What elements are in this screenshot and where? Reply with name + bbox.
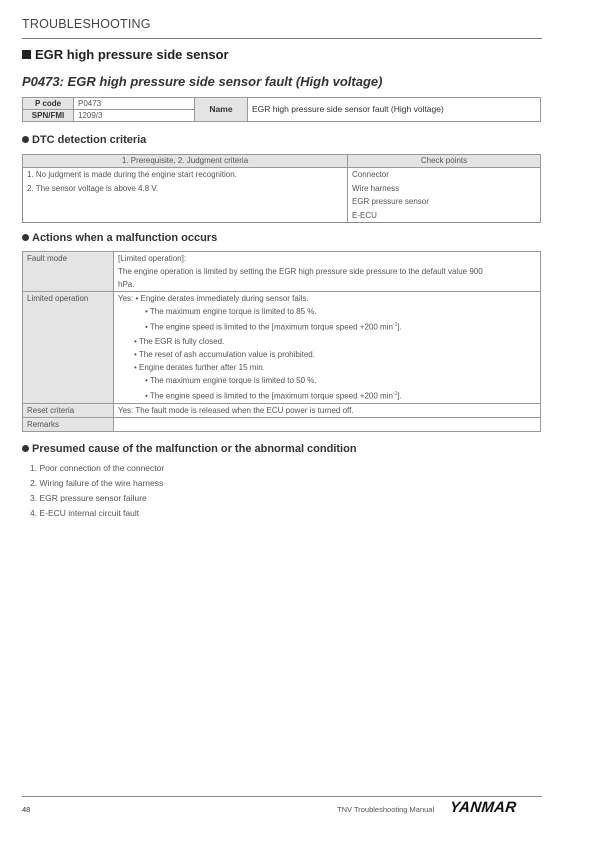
spn-fmi-label: SPN/FMI: [23, 110, 74, 122]
remarks-label: Remarks: [23, 418, 114, 432]
causes-list: 1. Poor connection of the connector 2. W…: [30, 461, 164, 521]
reset-criteria-label: Reset criteria: [23, 404, 114, 418]
actions-heading-text: Actions when a malfunction occurs: [32, 232, 217, 244]
table-row: Remarks: [23, 418, 541, 432]
actions-heading: Actions when a malfunction occurs: [22, 232, 217, 244]
dtc-title: P0473: EGR high pressure side sensor fau…: [22, 74, 382, 89]
spn-fmi-value: 1209/3: [74, 110, 195, 122]
limited-operation-value: Yes: • Engine derates immediately during…: [114, 292, 541, 404]
causes-heading-text: Presumed cause of the malfunction or the…: [32, 443, 357, 455]
name-value: EGR high pressure side sensor fault (Hig…: [248, 98, 541, 122]
table-row: Fault mode [Limited operation]: The engi…: [23, 252, 541, 292]
limited-op-text: • The engine speed is limited to the [ma…: [145, 391, 393, 400]
manual-title: TNV Troubleshooting Manual: [337, 805, 434, 814]
brand-logo: YANMAR: [449, 799, 517, 816]
limited-op-line: • Engine derates further after 15 min.: [118, 361, 536, 374]
check-points-cell: Connector Wire harness EGR pressure sens…: [348, 168, 541, 223]
bullet-icon: [22, 136, 29, 143]
limited-op-line: • The engine speed is limited to the [ma…: [118, 387, 536, 404]
check-point-item: Wire harness: [352, 182, 536, 196]
fault-mode-value: [Limited operation]: The engine operatio…: [114, 252, 541, 292]
square-bullet-icon: [22, 50, 31, 59]
running-header: TROUBLESHOOTING: [22, 17, 151, 31]
check-points-header: Check points: [348, 155, 541, 168]
bullet-icon: [22, 234, 29, 241]
criteria-cell: 1. No judgment is made during the engine…: [23, 168, 348, 223]
fault-mode-label: Fault mode: [23, 252, 114, 292]
p-code-value: P0473: [74, 98, 195, 110]
limited-op-line: • The maximum engine torque is limited t…: [118, 305, 536, 318]
causes-heading: Presumed cause of the malfunction or the…: [22, 443, 357, 455]
list-item: 2. Wiring failure of the wire harness: [30, 476, 164, 491]
limited-op-text: ].: [397, 323, 401, 332]
check-point-item: E-ECU: [352, 209, 536, 223]
detection-heading-text: DTC detection criteria: [32, 134, 146, 146]
name-label: Name: [195, 98, 248, 122]
criteria-item: 1. No judgment is made during the engine…: [27, 168, 343, 182]
code-table: P code P0473 Name EGR high pressure side…: [22, 97, 541, 122]
limited-operation-label: Limited operation: [23, 292, 114, 404]
list-item: 3. EGR pressure sensor failure: [30, 491, 164, 506]
detection-table: 1. Prerequisite, 2. Judgment criteria Ch…: [22, 154, 541, 223]
check-point-item: Connector: [352, 168, 536, 182]
fault-mode-line: [Limited operation]:: [118, 252, 536, 265]
limited-op-text: ].: [397, 391, 401, 400]
limited-op-line: Yes: • Engine derates immediately during…: [118, 292, 536, 305]
limited-op-text: • The engine speed is limited to the [ma…: [145, 323, 393, 332]
bullet-icon: [22, 445, 29, 452]
footer-rule: [22, 796, 542, 797]
section-title-text: EGR high pressure side sensor: [35, 47, 229, 62]
fault-mode-line: hPa.: [118, 278, 536, 291]
section-title: EGR high pressure side sensor: [22, 47, 229, 62]
reset-criteria-value: Yes: The fault mode is released when the…: [114, 404, 541, 418]
table-row: Limited operation Yes: • Engine derates …: [23, 292, 541, 404]
actions-table: Fault mode [Limited operation]: The engi…: [22, 251, 541, 432]
page-number: 48: [22, 805, 30, 814]
header-rule: [22, 38, 542, 39]
criteria-header: 1. Prerequisite, 2. Judgment criteria: [23, 155, 348, 168]
criteria-item: 2. The sensor voltage is above 4.8 V.: [27, 182, 343, 196]
list-item: 1. Poor connection of the connector: [30, 461, 164, 476]
limited-op-line: • The reset of ash accumulation value is…: [118, 348, 536, 361]
table-row: Reset criteria Yes: The fault mode is re…: [23, 404, 541, 418]
check-point-item: EGR pressure sensor: [352, 195, 536, 209]
list-item: 4. E-ECU internal circuit fault: [30, 506, 164, 521]
fault-mode-line: The engine operation is limited by setti…: [118, 265, 536, 278]
limited-op-line: • The EGR is fully closed.: [118, 335, 536, 348]
limited-op-line: • The engine speed is limited to the [ma…: [118, 318, 536, 335]
remarks-value: [114, 418, 541, 432]
p-code-label: P code: [23, 98, 74, 110]
limited-op-line: • The maximum engine torque is limited t…: [118, 374, 536, 387]
detection-heading: DTC detection criteria: [22, 134, 146, 146]
